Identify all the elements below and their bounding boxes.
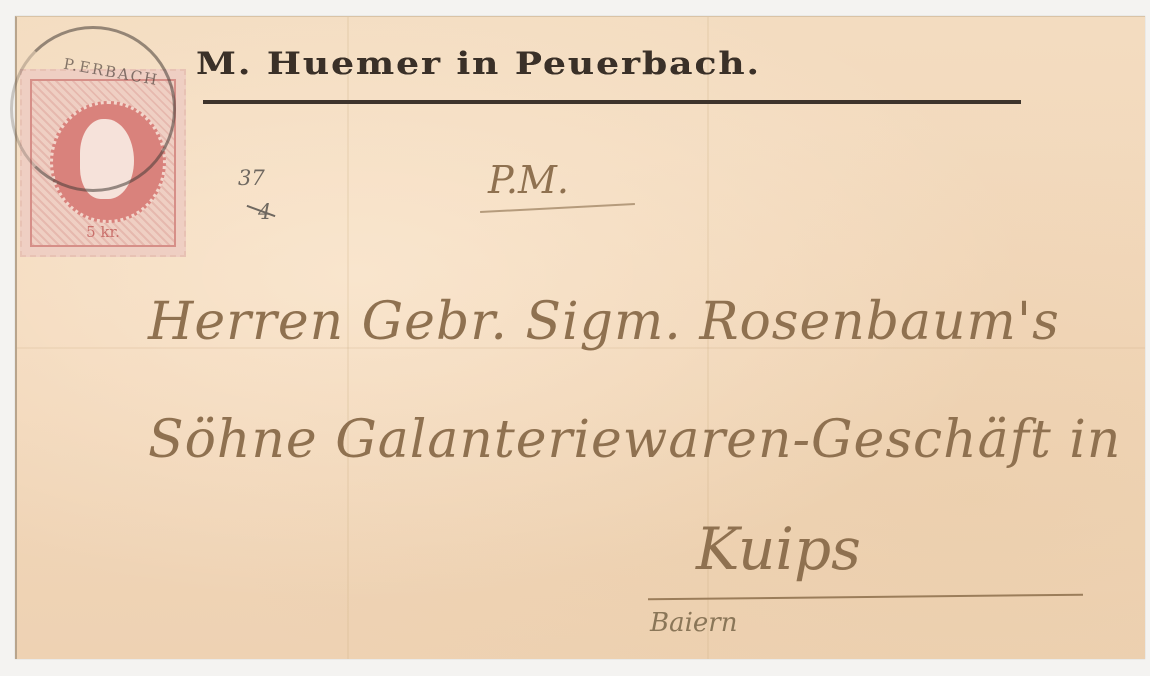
address-region: Baiern (650, 608, 737, 638)
header-rule (203, 100, 1021, 104)
pencil-annotation-denominator: 4 (258, 200, 271, 224)
address-prefix: P.M. (488, 158, 569, 202)
sender-header: M. Huemer in Peuerbach. (196, 46, 761, 82)
postmark-cancel: P.ERBACH (10, 26, 176, 192)
pencil-annotation-numerator: 37 (238, 166, 265, 190)
stamp-value: 5 kr. (22, 223, 184, 241)
address-line-1: Herren Gebr. Sigm. Rosenbaum's (148, 292, 1060, 352)
postmark-text: P.ERBACH (62, 55, 160, 89)
address-city: Kuips (696, 515, 861, 583)
address-line-2: Söhne Galanteriewaren-Geschäft in (148, 410, 1121, 470)
